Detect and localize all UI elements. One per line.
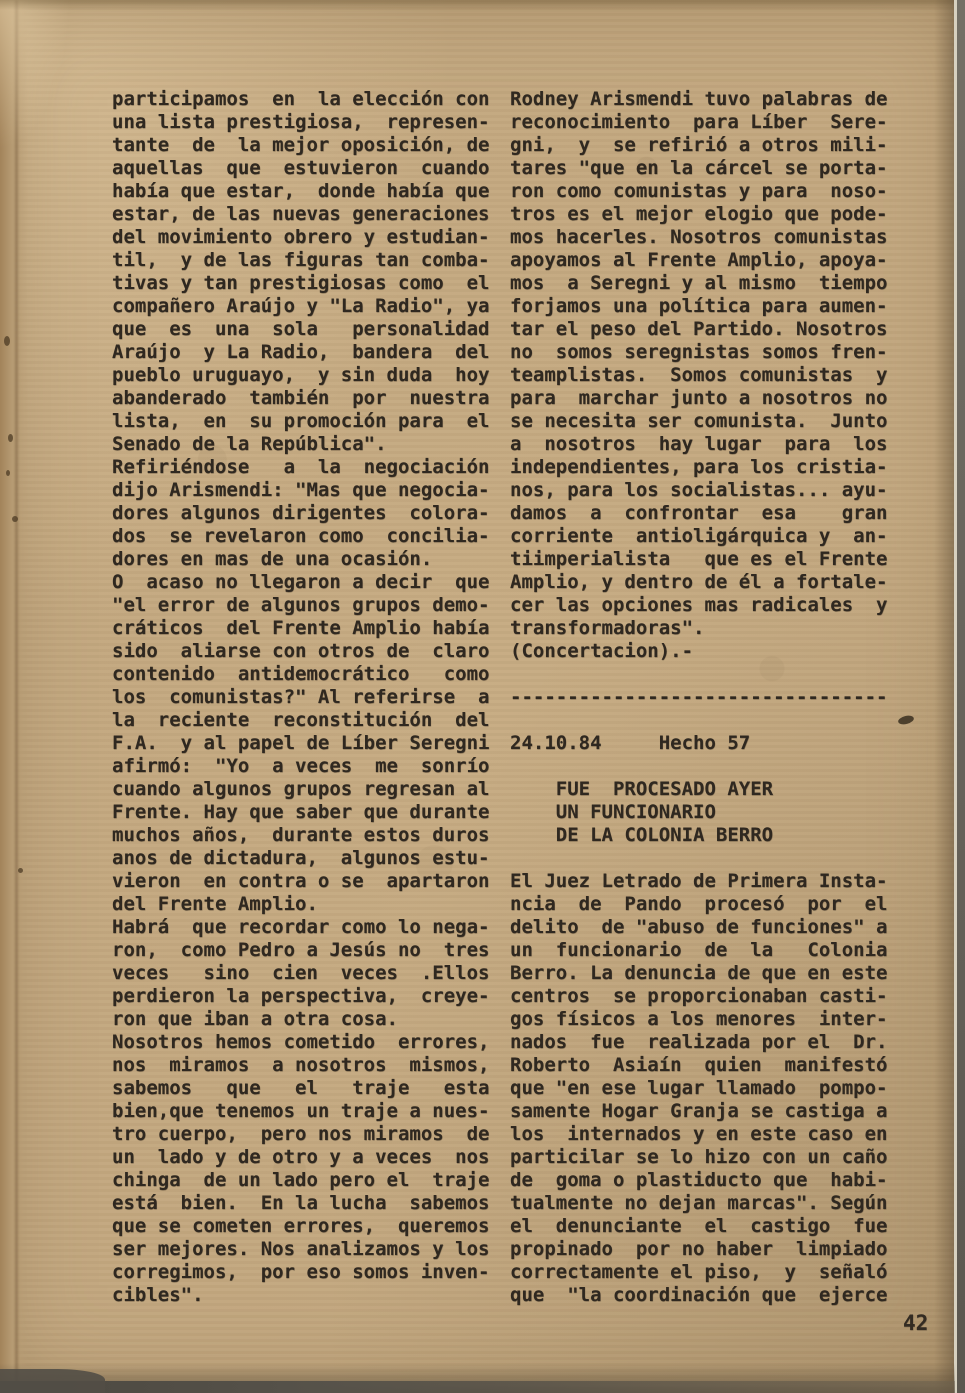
text-line: que se cometen errores, queremos — [112, 1215, 504, 1238]
text-line: sido aliarse con otros de claro — [112, 640, 504, 663]
text-line: Berro. La denuncia de que en este — [510, 962, 910, 985]
text-line: Habrá que recordar como lo nega- — [112, 916, 504, 939]
text-line: tivas y tan prestigiosas como el — [112, 272, 504, 295]
text-line: Rodney Arismendi tuvo palabras de — [510, 88, 910, 111]
text-line: Senado de la República". — [112, 433, 504, 456]
text-line: nos, para los socialistas... ayu- — [510, 479, 910, 502]
text-line: apoyamos al Frente Amplio, apoya- — [510, 249, 910, 272]
text-line: damos a confrontar esa gran — [510, 502, 910, 525]
text-line: del movimiento obrero y estudian- — [112, 226, 504, 249]
text-line: un funcionario de la Colonia — [510, 939, 910, 962]
text-line: aquellas que estuvieron cuando — [112, 157, 504, 180]
text-line: anos de dictadura, algunos estu- — [112, 847, 504, 870]
text-line: tro cuerpo, pero nos miramos de — [112, 1123, 504, 1146]
text-line: FUE PROCESADO AYER — [510, 778, 910, 801]
text-line: correctamente el piso, y señaló — [510, 1261, 910, 1284]
text-line — [510, 847, 910, 870]
text-line: chinga de un lado pero el traje — [112, 1169, 504, 1192]
edge-speck — [12, 516, 18, 522]
text-line: DE LA COLONIA BERRO — [510, 824, 910, 847]
text-line: veces sino cien veces .Ellos — [112, 962, 504, 985]
scan-top-left-highlight — [0, 0, 70, 150]
text-line: gni, y se refirió a otros mili- — [510, 134, 910, 157]
text-line: ron que iban a otra cosa. — [112, 1008, 504, 1031]
text-line: la reciente reconstitución del — [112, 709, 504, 732]
text-line: O acaso no llegaron a decir que — [112, 571, 504, 594]
text-line: bien,que tenemos un traje a nues- — [112, 1100, 504, 1123]
text-line: ser mejores. Nos analizamos y los — [112, 1238, 504, 1261]
text-line: --------------------------------- — [510, 686, 910, 709]
text-line: un lado y de otro y a veces nos — [112, 1146, 504, 1169]
text-line: muchos años, durante estos duros — [112, 824, 504, 847]
text-line: Amplio, y dentro de él a fortale- — [510, 571, 910, 594]
text-line: que "la coordinación que ejerce — [510, 1284, 910, 1307]
text-line: se necesita ser comunista. Junto — [510, 410, 910, 433]
text-line: tares "que en la cárcel se porta- — [510, 157, 910, 180]
text-line: tualmente no dejan marcas". Según — [510, 1192, 910, 1215]
text-line: había que estar, donde había que — [112, 180, 504, 203]
text-line: til, y de las figuras tan comba- — [112, 249, 504, 272]
text-line: afirmó: "Yo a veces me sonrío — [112, 755, 504, 778]
right-text-column: Rodney Arismendi tuvo palabras dereconoc… — [510, 88, 910, 1307]
text-line: (Concertacion).- — [510, 640, 910, 663]
text-line: corriente antioligárquica y an- — [510, 525, 910, 548]
text-line: los comunistas?" Al referirse a — [112, 686, 504, 709]
text-line: una lista prestigiosa, represen- — [112, 111, 504, 134]
text-line: compañero Araújo y "La Radio", ya — [112, 295, 504, 318]
text-line: abanderado también por nuestra — [112, 387, 504, 410]
text-line: dos se revelaron como concilia- — [112, 525, 504, 548]
text-line: no somos seregnistas somos fren- — [510, 341, 910, 364]
text-line: Roberto Asiaín quien manifestó — [510, 1054, 910, 1077]
text-line: particilar se lo hizo con un caño — [510, 1146, 910, 1169]
text-line: ron como comunistas y para noso- — [510, 180, 910, 203]
text-line: mos a Seregni y al mismo tiempo — [510, 272, 910, 295]
text-line — [510, 663, 910, 686]
text-line: tante de la mejor oposición, de — [112, 134, 504, 157]
text-line: lista, en su promoción para el — [112, 410, 504, 433]
text-line: tiimperialista que es el Frente — [510, 548, 910, 571]
text-line: para marchar junto a nosotros no — [510, 387, 910, 410]
text-line: tar el peso del Partido. Nosotros — [510, 318, 910, 341]
text-line: mos hacerles. Nosotros comunistas — [510, 226, 910, 249]
page-number: 42 — [903, 1311, 928, 1335]
text-line: del Frente Amplio. — [112, 893, 504, 916]
text-line: cuando algunos grupos regresan al — [112, 778, 504, 801]
text-line: cer las opciones mas radicales y — [510, 594, 910, 617]
scan-bottom-left-corner — [0, 1369, 105, 1393]
scanned-document-page: participamos en la elección conuna lista… — [0, 0, 965, 1393]
text-line: cráticos del Frente Amplio había — [112, 617, 504, 640]
text-line: independientes, para los cristia- — [510, 456, 910, 479]
scan-bottom-border — [0, 1381, 955, 1393]
text-line: dores algunos dirigentes colora- — [112, 502, 504, 525]
text-line: transformadoras". — [510, 617, 910, 640]
text-line: 24.10.84 Hecho 57 — [510, 732, 910, 755]
left-text-column: participamos en la elección conuna lista… — [112, 88, 504, 1307]
text-line: estar, de las nuevas generaciones — [112, 203, 504, 226]
text-line: F.A. y al papel de Líber Seregni — [112, 732, 504, 755]
text-line: perdieron la perspectiva, creye- — [112, 985, 504, 1008]
scan-right-shade — [934, 0, 954, 1393]
text-line: vieron en contra o se apartaron — [112, 870, 504, 893]
edge-speck — [6, 470, 10, 476]
text-line: a nosotros hay lugar para los — [510, 433, 910, 456]
text-line: nados fue realizada por el Dr. — [510, 1031, 910, 1054]
scan-right-border — [957, 0, 965, 1393]
text-line: delito de "abuso de funciones" a — [510, 916, 910, 939]
text-line: Refiriéndose a la negociación — [112, 456, 504, 479]
text-line: está bien. En la lucha sabemos — [112, 1192, 504, 1215]
text-line: ron, como Pedro a Jesús no tres — [112, 939, 504, 962]
text-line: forjamos una política para aumen- — [510, 295, 910, 318]
text-line — [510, 755, 910, 778]
text-line: propinado por no haber limpiado — [510, 1238, 910, 1261]
text-line: tros es el mejor elogio que pode- — [510, 203, 910, 226]
text-line: dijo Arismendi: "Mas que negocia- — [112, 479, 504, 502]
text-line: contenido antidemocrático como — [112, 663, 504, 686]
text-line: El Juez Letrado de Primera Insta- — [510, 870, 910, 893]
text-line: que es una sola personalidad — [112, 318, 504, 341]
text-line: el denunciante el castigo fue — [510, 1215, 910, 1238]
edge-speck — [18, 868, 23, 873]
text-line: Nosotros hemos cometido errores, — [112, 1031, 504, 1054]
edge-speck — [4, 336, 10, 346]
text-line: teamplistas. Somos comunistas y — [510, 364, 910, 387]
text-line: los internados y en este caso en — [510, 1123, 910, 1146]
text-line: sabemos que el traje esta — [112, 1077, 504, 1100]
text-line: que "en ese lugar llamado pompo- — [510, 1077, 910, 1100]
text-line: nos miramos a nosotros mismos, — [112, 1054, 504, 1077]
text-line: cibles". — [112, 1284, 504, 1307]
text-line: corregimos, por eso somos inven- — [112, 1261, 504, 1284]
text-line: UN FUNCIONARIO — [510, 801, 910, 824]
text-line: de goma o plastiducto que habi- — [510, 1169, 910, 1192]
edge-speck — [8, 434, 13, 442]
text-line: "el error de algunos grupos demo- — [112, 594, 504, 617]
text-line: Frente. Hay que saber que durante — [112, 801, 504, 824]
text-line: gos físicos a los menores inter- — [510, 1008, 910, 1031]
text-line: participamos en la elección con — [112, 88, 504, 111]
scan-left-edge — [0, 0, 28, 1393]
text-line — [510, 709, 910, 732]
scan-top-edge — [0, 0, 965, 10]
text-line: pueblo uruguayo, y sin duda hoy — [112, 364, 504, 387]
text-line: ncia de Pando procesó por el — [510, 893, 910, 916]
scan-left-crease — [15, 0, 18, 1393]
text-line: dores en mas de una ocasión. — [112, 548, 504, 571]
text-line: centros se proporcionaban casti- — [510, 985, 910, 1008]
text-line: Araújo y La Radio, bandera del — [112, 341, 504, 364]
text-line: samente Hogar Granja se castiga a — [510, 1100, 910, 1123]
text-line: reconocimiento para Líber Sere- — [510, 111, 910, 134]
